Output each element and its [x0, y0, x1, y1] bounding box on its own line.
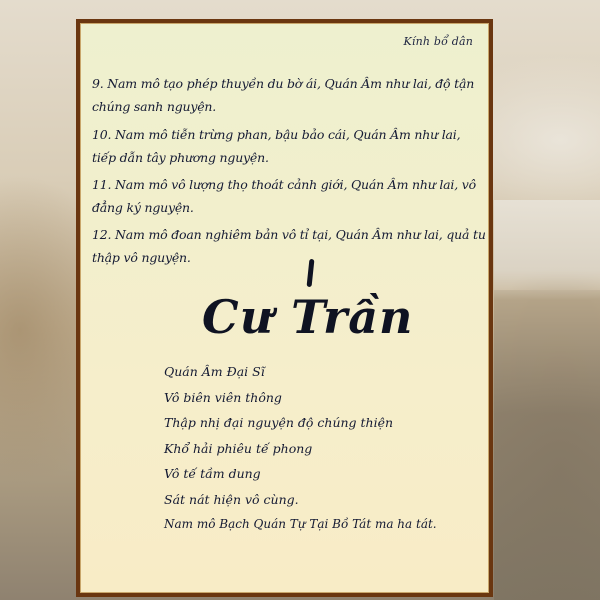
poem-line: Khổ hải phiêu tế phong — [164, 436, 484, 462]
calligraphy-frame: Kính bổ dân 9. Nam mô tạo phép thuyền du… — [76, 19, 493, 597]
vow-paragraph-10: 10. Nam mô tiễn trừng phan, bậu bảo cái,… — [92, 123, 487, 169]
vow-paragraph-9: 9. Nam mô tạo phép thuyền du bờ ái, Quán… — [92, 72, 487, 118]
calligraphy-title: Cư Trần — [202, 287, 413, 347]
poem-line: Sát nát hiện vô cùng. — [164, 487, 484, 513]
poem-line: Vô tế tầm dung — [164, 461, 484, 487]
poem-line: Vô biên viên thông — [164, 385, 484, 411]
poem-block: Quán Âm Đại Sĩ Vô biên viên thông Thập n… — [164, 359, 484, 538]
poem-line: Nam mô Bạch Quán Tự Tại Bồ Tát ma ha tát… — [164, 512, 484, 538]
poem-line: Quán Âm Đại Sĩ — [164, 359, 484, 385]
poem-line: Thập nhị đại nguyện độ chúng thiện — [164, 410, 484, 436]
background-stone-texture — [494, 290, 600, 600]
vow-paragraph-12: 12. Nam mô đoan nghiêm bản vô tỉ tại, Qu… — [92, 223, 487, 269]
signature: Kính bổ dân — [403, 35, 473, 48]
paper-sheet: Kính bổ dân 9. Nam mô tạo phép thuyền du… — [80, 23, 489, 593]
vow-paragraph-11: 11. Nam mô vô lượng thọ thoát cảnh giới,… — [92, 173, 487, 219]
